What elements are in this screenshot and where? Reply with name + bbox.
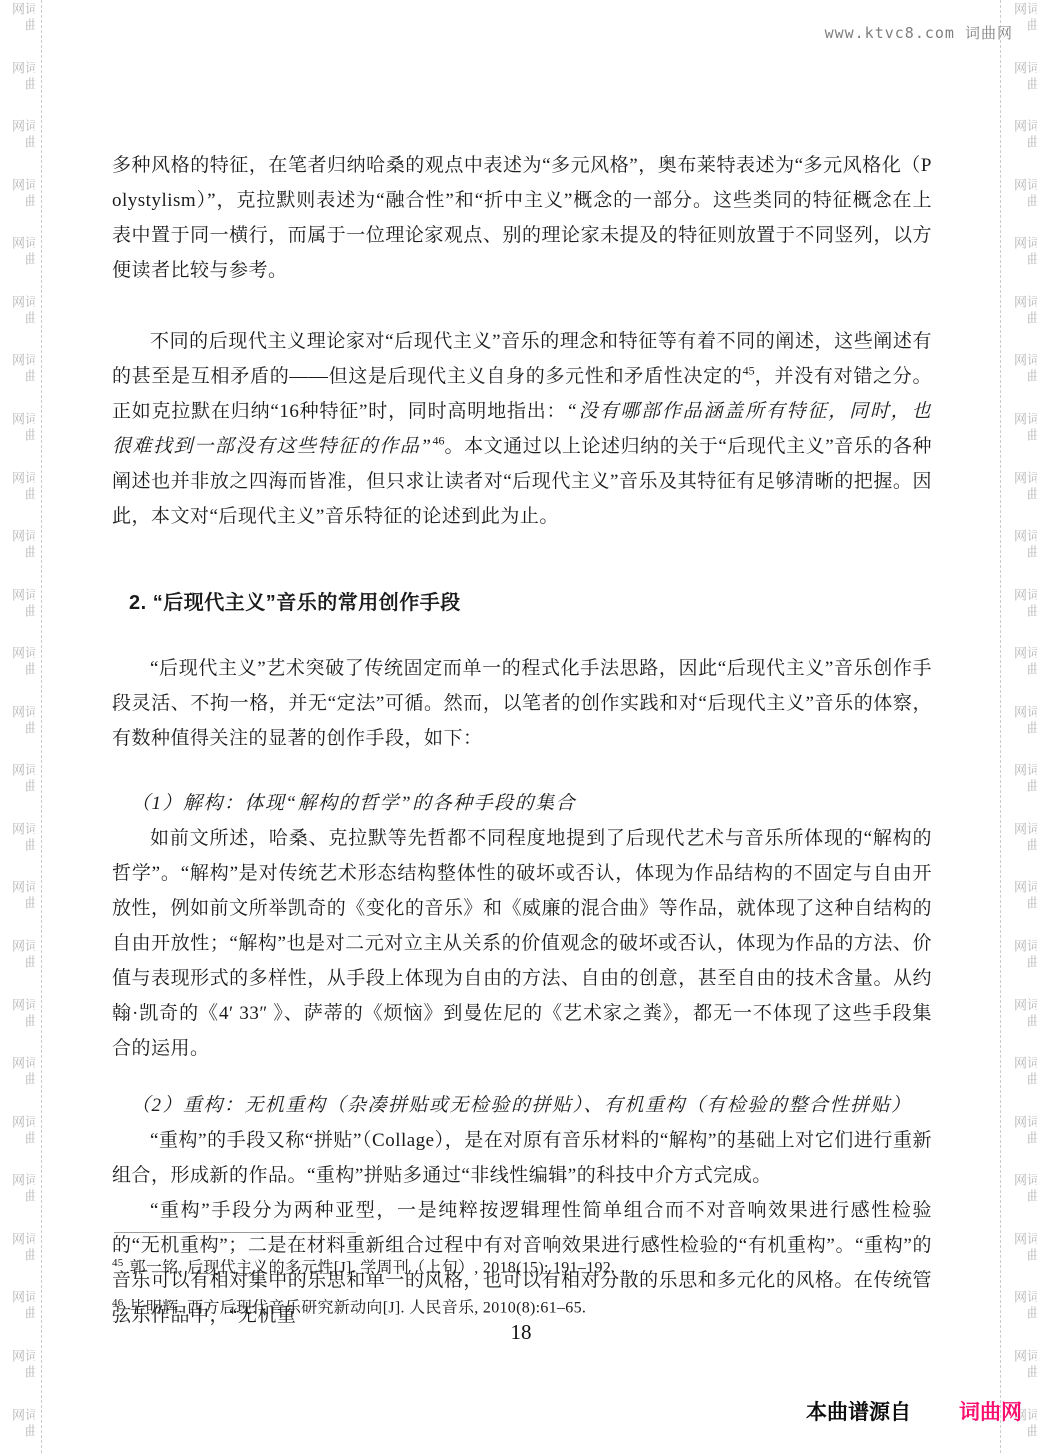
footnote-text: 郭一铭. 后现代主义的多元性[J]. 学周刊（上旬）, 2018(15): 19… [130,1259,616,1276]
footer-watermark: 本曲谱源自 词曲网 [806,1396,1022,1426]
vertical-watermark-text: 词曲网 [1015,939,1037,985]
vertical-watermark-text: 词曲网 [13,2,35,48]
left-dashed-divider [41,0,42,1453]
footer-source-label: 本曲谱源自 [806,1396,911,1426]
vertical-watermark-text: 词曲网 [13,1115,35,1161]
vertical-watermark-text: 词曲网 [13,705,35,751]
vertical-watermark-text: 词曲网 [13,1232,35,1278]
vertical-watermark-text: 词曲网 [13,236,35,282]
footnote-marker: 45 [112,1257,124,1269]
vertical-watermark-text: 词曲网 [1015,353,1037,399]
vertical-watermark-text: 词曲网 [13,646,35,692]
vertical-watermark-text: 词曲网 [1015,763,1037,809]
vertical-watermark-text: 词曲网 [1015,1173,1037,1219]
vertical-watermark-text: 词曲网 [13,880,35,926]
vertical-watermark-text: 词曲网 [13,1408,35,1453]
left-watermark-column: 词曲网词曲网词曲网词曲网词曲网词曲网词曲网词曲网词曲网词曲网词曲网词曲网词曲网词… [13,2,35,1453]
vertical-watermark-text: 词曲网 [13,295,35,341]
page-content: 多种风格的特征，在笔者归纳哈桑的观点中表述为“多元风格”，奥布莱特表述为“多元风… [112,148,932,1333]
vertical-watermark-text: 词曲网 [1015,2,1037,48]
vertical-watermark-text: 词曲网 [1015,295,1037,341]
footnote-marker: 46 [112,1297,124,1309]
vertical-watermark-text: 词曲网 [1015,529,1037,575]
vertical-watermark-text: 词曲网 [1015,1232,1037,1278]
vertical-watermark-text: 词曲网 [13,529,35,575]
vertical-watermark-text: 词曲网 [13,1056,35,1102]
footnote: 46毕明辉. 西方后现代音乐研究新动向[J]. 人民音乐, 2010(8):61… [112,1292,892,1319]
vertical-watermark-text: 词曲网 [1015,1115,1037,1161]
vertical-watermark-text: 词曲网 [1015,119,1037,165]
vertical-watermark-text: 词曲网 [1015,236,1037,282]
footnote-ref-45: 45 [743,364,755,378]
vertical-watermark-text: 词曲网 [13,1173,35,1219]
vertical-watermark-text: 词曲网 [13,353,35,399]
paragraph: 不同的后现代主义理论家对“后现代主义”音乐的理念和特征等有着不同的阐述，这些阐述… [112,324,932,534]
vertical-watermark-text: 词曲网 [13,119,35,165]
footer-brand: 词曲网 [959,1396,1022,1426]
vertical-watermark-text: 词曲网 [1015,61,1037,107]
vertical-watermark-text: 词曲网 [13,178,35,224]
footnote-separator [114,1232,356,1233]
vertical-watermark-text: 词曲网 [13,763,35,809]
footnote: 45郭一铭. 后现代主义的多元性[J]. 学周刊（上旬）, 2018(15): … [112,1252,892,1279]
vertical-watermark-text: 词曲网 [13,471,35,517]
paragraph: 如前文所述，哈桑、克拉默等先哲都不同程度地提到了后现代艺术与音乐所体现的“解构的… [112,821,932,1066]
paragraph: “后现代主义”艺术突破了传统固定而单一的程式化手法思路，因此“后现代主义”音乐创… [112,651,932,756]
vertical-watermark-text: 词曲网 [1015,588,1037,634]
paragraph: “重构”的手段又称“拼贴”（Collage），是在对原有音乐材料的“解构”的基础… [112,1123,932,1193]
vertical-watermark-text: 词曲网 [1015,880,1037,926]
vertical-watermark-text: 词曲网 [1015,646,1037,692]
section-heading: 2. “后现代主义”音乐的常用创作手段 [112,586,932,621]
vertical-watermark-text: 词曲网 [1015,705,1037,751]
paragraph-continuation: 多种风格的特征，在笔者归纳哈桑的观点中表述为“多元风格”，奥布莱特表述为“多元风… [112,148,932,288]
vertical-watermark-text: 词曲网 [1015,998,1037,1044]
vertical-watermark-text: 词曲网 [13,61,35,107]
vertical-watermark-text: 词曲网 [1015,1349,1037,1395]
footnote-text: 毕明辉. 西方后现代音乐研究新动向[J]. 人民音乐, 2010(8):61–6… [130,1299,587,1316]
vertical-watermark-text: 词曲网 [13,822,35,868]
vertical-watermark-text: 词曲网 [13,939,35,985]
right-watermark-column: 词曲网词曲网词曲网词曲网词曲网词曲网词曲网词曲网词曲网词曲网词曲网词曲网词曲网词… [1015,2,1037,1453]
vertical-watermark-text: 词曲网 [1015,822,1037,868]
vertical-watermark-text: 词曲网 [1015,412,1037,458]
vertical-watermark-text: 词曲网 [1015,471,1037,517]
footnote-ref-46: 46 [433,434,445,448]
vertical-watermark-text: 词曲网 [13,588,35,634]
page-number: 18 [0,1320,1042,1345]
right-dashed-divider [1000,0,1001,1453]
vertical-watermark-text: 词曲网 [1015,1056,1037,1102]
vertical-watermark-text: 词曲网 [13,1349,35,1395]
site-watermark: www.ktvc8.com 词曲网 [825,22,1013,43]
vertical-watermark-text: 词曲网 [13,412,35,458]
subsection-heading-1: （1）解构：体现“解构的哲学”的各种手段的集合 [112,786,932,821]
vertical-watermark-text: 词曲网 [13,998,35,1044]
vertical-watermark-text: 词曲网 [1015,178,1037,224]
subsection-heading-2: （2）重构：无机重构（杂凑拼贴或无检验的拼贴）、有机重构（有检验的整合性拼贴） [112,1088,932,1123]
